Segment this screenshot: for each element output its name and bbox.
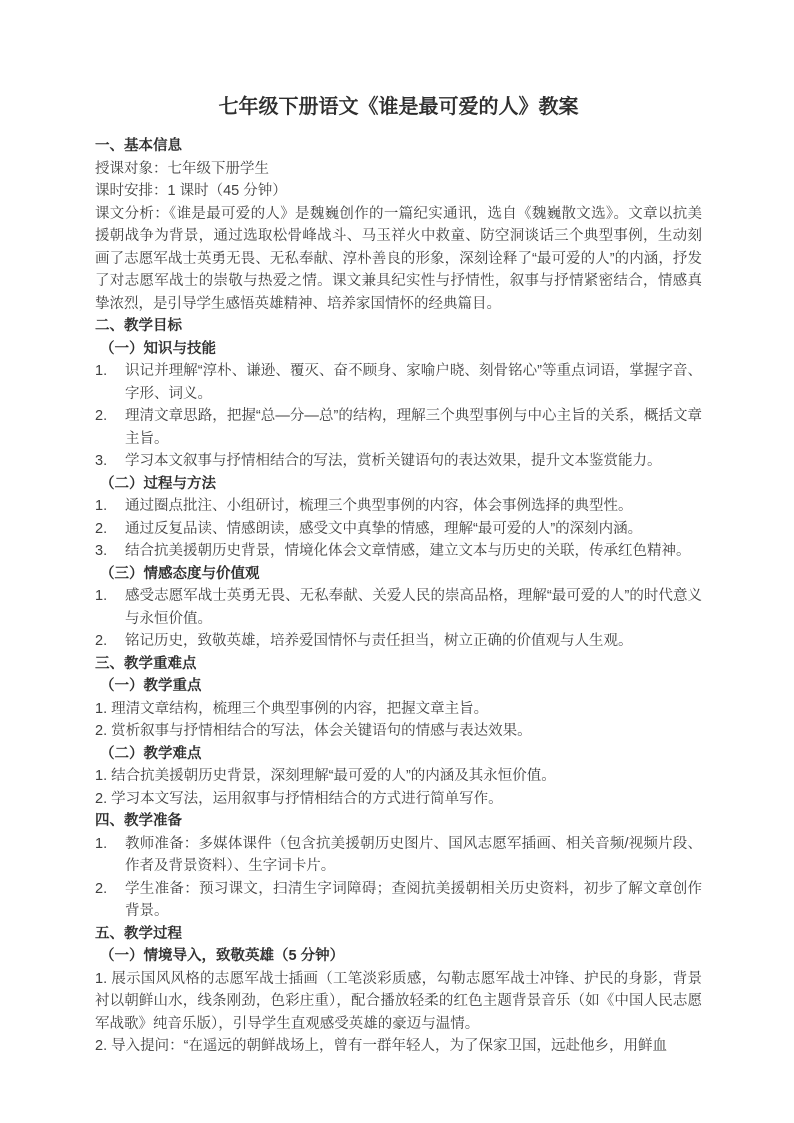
- list-item: 1.教师准备：多媒体课件（包含抗美援朝历史图片、国风志愿军插画、相关音频/视频片…: [95, 833, 702, 878]
- list-item-number: 3.: [95, 450, 125, 473]
- paragraph: 1. 结合抗美援朝历史背景，深刻理解“最可爱的人”的内涵及其永恒价值。: [95, 765, 702, 788]
- list-item: 2.理清文章思路，把握“总—分—总”的结构，理解三个典型事例与中心主旨的关系，概…: [95, 405, 702, 450]
- list-item-text: 感受志愿军战士英勇无畏、无私奉献、关爱人民的崇高品格，理解“最可爱的人”的时代意…: [125, 585, 702, 630]
- paragraph: 2. 学习本文写法，运用叙事与抒情相结合的方式进行简单写作。: [95, 788, 702, 811]
- list-item-number: 1.: [95, 360, 125, 405]
- sub-heading: （二）过程与方法: [95, 473, 702, 496]
- sub-heading: （二）教学难点: [95, 743, 702, 766]
- list-item-number: 2.: [95, 878, 125, 923]
- list-item-text: 铭记历史，致敬英雄，培养爱国情怀与责任担当，树立正确的价值观与人生观。: [125, 630, 702, 653]
- list-item-text: 结合抗美援朝历史背景，情境化体会文章情感，建立文本与历史的关联，传承红色精神。: [125, 540, 702, 563]
- paragraph: 授课对象：七年级下册学生: [95, 158, 702, 181]
- list-item-text: 学生准备：预习课文，扫清生字词障碍；查阅抗美援朝相关历史资料，初步了解文章创作背…: [125, 878, 702, 923]
- paragraph: 1. 理清文章结构，梳理三个典型事例的内容，把握文章主旨。: [95, 698, 702, 721]
- list-item: 1.通过圈点批注、小组研讨，梳理三个典型事例的内容，体会事例选择的典型性。: [95, 495, 702, 518]
- paragraph: 2. 导入提问：“在遥远的朝鲜战场上，曾有一群年轻人，为了保家卫国，远赴他乡，用…: [95, 1035, 702, 1058]
- list-item: 1.感受志愿军战士英勇无畏、无私奉献、关爱人民的崇高品格，理解“最可爱的人”的时…: [95, 585, 702, 630]
- list-item: 2.通过反复品读、情感朗读，感受文中真挚的情感，理解“最可爱的人”的深刻内涵。: [95, 518, 702, 541]
- document-title: 七年级下册语文《谁是最可爱的人》教案: [95, 93, 702, 121]
- document-page: 七年级下册语文《谁是最可爱的人》教案 一、基本信息授课对象：七年级下册学生课时安…: [0, 0, 794, 1123]
- list-item-text: 教师准备：多媒体课件（包含抗美援朝历史图片、国风志愿军插画、相关音频/视频片段、…: [125, 833, 702, 878]
- list-item-number: 2.: [95, 518, 125, 541]
- list-item-number: 1.: [95, 833, 125, 878]
- section-heading: 五、教学过程: [95, 923, 702, 946]
- list-item-text: 理清文章思路，把握“总—分—总”的结构，理解三个典型事例与中心主旨的关系，概括文…: [125, 405, 702, 450]
- list-item: 1.识记并理解“淳朴、谦逊、覆灭、奋不顾身、家喻户晓、刻骨铭心”等重点词语，掌握…: [95, 360, 702, 405]
- section-heading: 二、教学目标: [95, 315, 702, 338]
- document-body: 一、基本信息授课对象：七年级下册学生课时安排：1 课时（45 分钟）课文分析：《…: [95, 135, 702, 1058]
- list-item-text: 通过反复品读、情感朗读，感受文中真挚的情感，理解“最可爱的人”的深刻内涵。: [125, 518, 702, 541]
- paragraph: 1. 展示国风风格的志愿军战士插画（工笔淡彩质感，勾勒志愿军战士冲锋、护民的身影…: [95, 968, 702, 1036]
- list-item: 2.铭记历史，致敬英雄，培养爱国情怀与责任担当，树立正确的价值观与人生观。: [95, 630, 702, 653]
- paragraph: 2. 赏析叙事与抒情相结合的写法，体会关键语句的情感与表达效果。: [95, 720, 702, 743]
- list-item: 3.结合抗美援朝历史背景，情境化体会文章情感，建立文本与历史的关联，传承红色精神…: [95, 540, 702, 563]
- paragraph: 课时安排：1 课时（45 分钟）: [95, 180, 702, 203]
- sub-heading: （三）情感态度与价值观: [95, 563, 702, 586]
- list-item: 3.学习本文叙事与抒情相结合的写法，赏析关键语句的表达效果，提升文本鉴赏能力。: [95, 450, 702, 473]
- section-heading: 一、基本信息: [95, 135, 702, 158]
- sub-heading: （一）情境导入，致敬英雄（5 分钟）: [95, 945, 702, 968]
- list-item-number: 3.: [95, 540, 125, 563]
- list-item: 2.学生准备：预习课文，扫清生字词障碍；查阅抗美援朝相关历史资料，初步了解文章创…: [95, 878, 702, 923]
- list-item-number: 2.: [95, 630, 125, 653]
- list-item-number: 1.: [95, 495, 125, 518]
- section-heading: 四、教学准备: [95, 810, 702, 833]
- section-heading: 三、教学重难点: [95, 653, 702, 676]
- list-item-text: 识记并理解“淳朴、谦逊、覆灭、奋不顾身、家喻户晓、刻骨铭心”等重点词语，掌握字音…: [125, 360, 702, 405]
- list-item-text: 通过圈点批注、小组研讨，梳理三个典型事例的内容，体会事例选择的典型性。: [125, 495, 702, 518]
- paragraph: 课文分析：《谁是最可爱的人》是魏巍创作的一篇纪实通讯，选自《魏巍散文选》。文章以…: [95, 203, 702, 316]
- sub-heading: （一）教学重点: [95, 675, 702, 698]
- list-item-number: 1.: [95, 585, 125, 630]
- list-item-text: 学习本文叙事与抒情相结合的写法，赏析关键语句的表达效果，提升文本鉴赏能力。: [125, 450, 702, 473]
- sub-heading: （一）知识与技能: [95, 338, 702, 361]
- list-item-number: 2.: [95, 405, 125, 450]
